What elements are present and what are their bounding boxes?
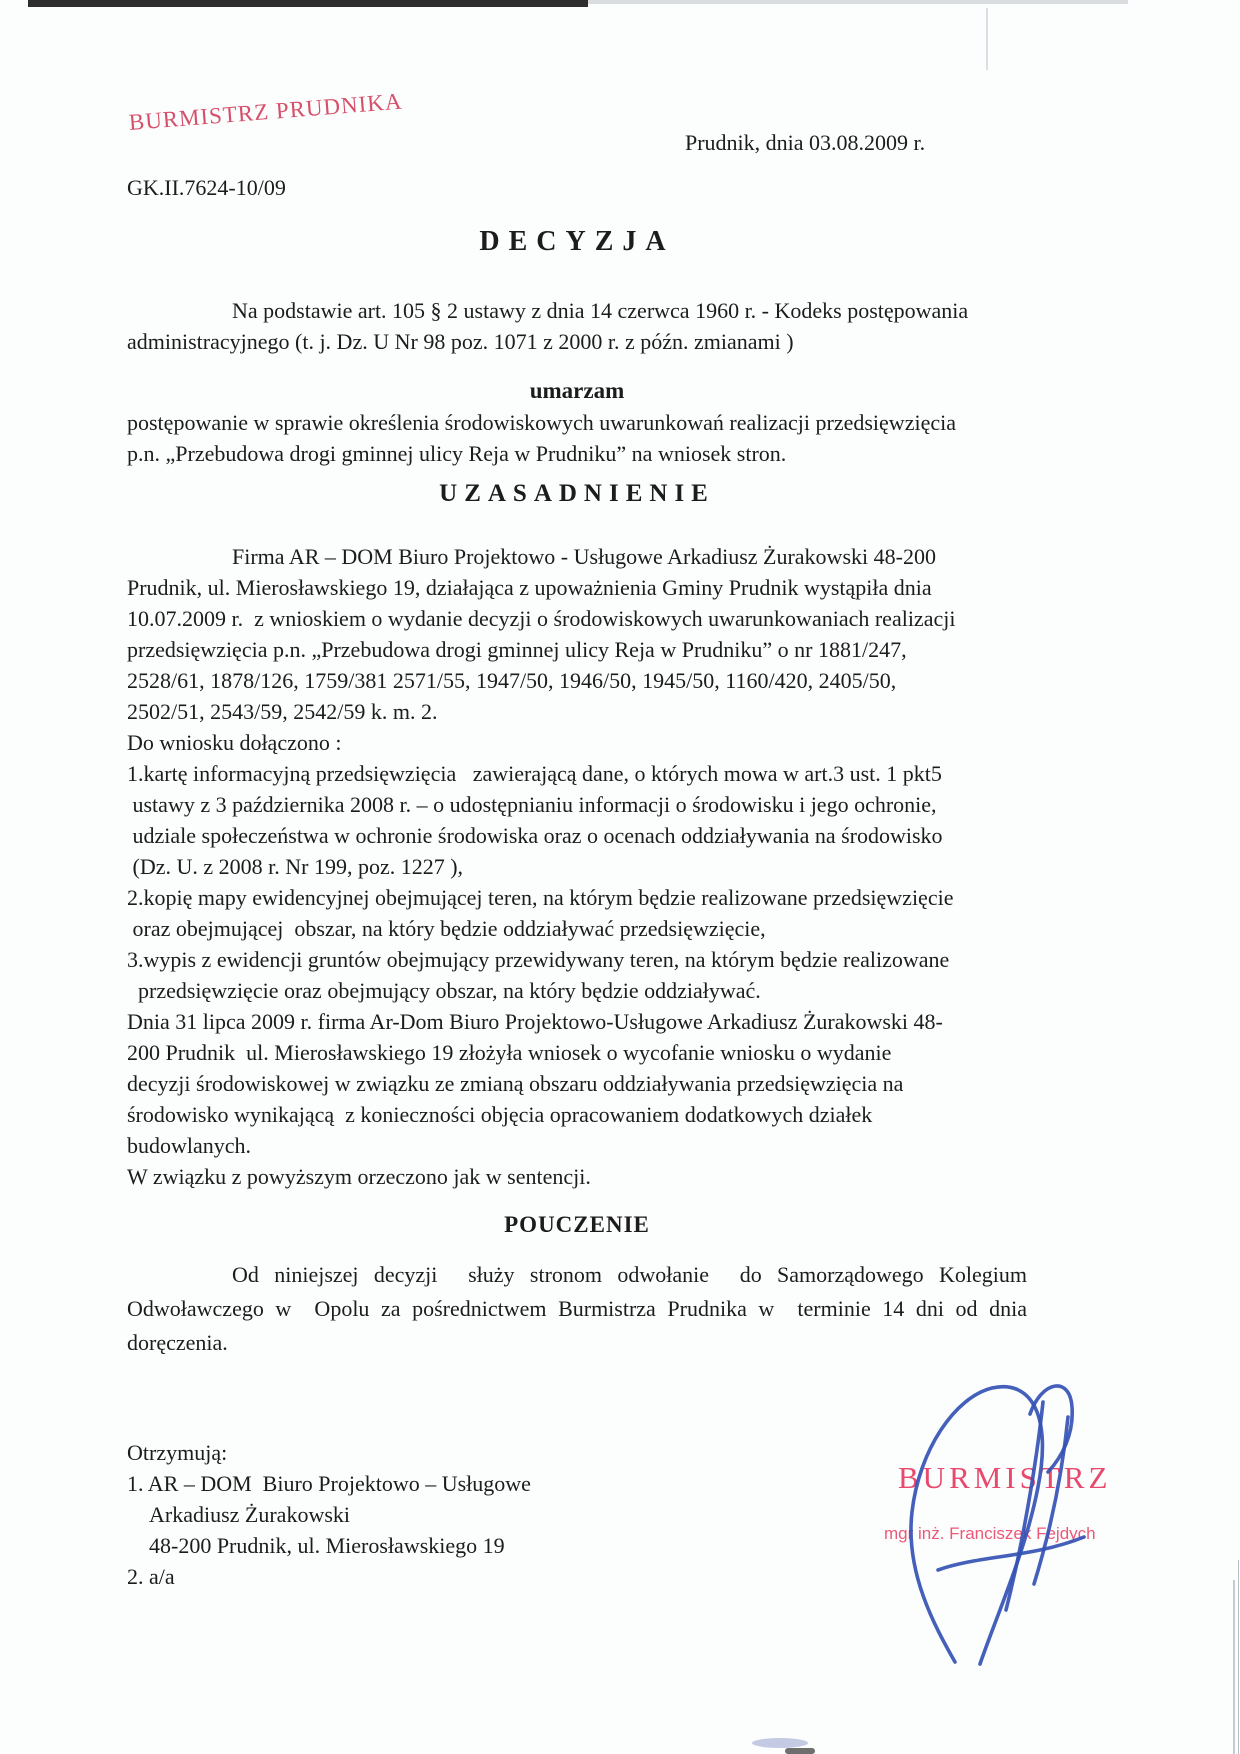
advice-line: doręczenia. bbox=[127, 1326, 1027, 1360]
justification-line: 1.kartę informacyjną przedsięwzięcia zaw… bbox=[127, 758, 1027, 789]
justification-line: 200 Prudnik ul. Mierosławskiego 19 złoży… bbox=[127, 1037, 1027, 1068]
date-line: Prudnik, dnia 03.08.2009 r. bbox=[685, 130, 925, 156]
justification-line: 2502/51, 2543/59, 2542/59 k. m. 2. bbox=[127, 696, 1027, 727]
justification-line: Firma AR – DOM Biuro Projektowo - Usługo… bbox=[127, 541, 1027, 572]
justification-line: Prudnik, ul. Mierosławskiego 19, działaj… bbox=[127, 572, 1027, 603]
justification-line: 2.kopię mapy ewidencyjnej obejmującej te… bbox=[127, 882, 1027, 913]
justification-line: ustawy z 3 października 2008 r. – o udos… bbox=[127, 789, 1027, 820]
justification-line: Do wniosku dołączono : bbox=[127, 727, 1027, 758]
justification-line: Dnia 31 lipca 2009 r. firma Ar-Dom Biuro… bbox=[127, 1006, 1027, 1037]
scan-artifact-page-edge bbox=[1233, 1580, 1235, 1754]
scan-artifact-vertical-line bbox=[986, 8, 988, 70]
justification-heading: UZASADNIENIE bbox=[127, 480, 1027, 508]
justification-line: środowisko wynikającą z konieczności obj… bbox=[127, 1099, 1027, 1130]
recipient-item: 2. a/a bbox=[127, 1561, 531, 1592]
signature-scribble bbox=[880, 1372, 1130, 1667]
advice-paragraph: Od niniejszej decyzji służy stronom odwo… bbox=[127, 1258, 1027, 1360]
scan-artifact-smudge-dark bbox=[785, 1748, 815, 1754]
scan-artifact-page-edge-2 bbox=[1238, 1560, 1239, 1754]
justification-line: 10.07.2009 r. z wnioskiem o wydanie decy… bbox=[127, 603, 1027, 634]
sender-office-stamp: BURMISTRZ PRUDNIKA bbox=[128, 89, 403, 136]
recipient-item: Arkadiusz Żurakowski bbox=[127, 1499, 531, 1530]
decision-title: DECYZJA bbox=[127, 226, 1027, 258]
verdict-line: p.n. „Przebudowa drogi gminnej ulicy Rej… bbox=[127, 438, 1027, 469]
justification-line: przedsięwzięcie oraz obejmujący obszar, … bbox=[127, 975, 1027, 1006]
scan-artifact-top-bar-light bbox=[588, 0, 1128, 4]
justification-line: decyzji środowiskowej w związku ze zmian… bbox=[127, 1068, 1027, 1099]
verdict-line: postępowanie w sprawie określenia środow… bbox=[127, 407, 1027, 438]
advice-heading: POUCZENIE bbox=[127, 1212, 1027, 1238]
reference-number: GK.II.7624-10/09 bbox=[127, 175, 286, 201]
justification-line: 2528/61, 1878/126, 1759/381 2571/55, 194… bbox=[127, 665, 1027, 696]
verdict-word: umarzam bbox=[127, 378, 1027, 404]
justification-line: przedsięwzięcia p.n. „Przebudowa drogi g… bbox=[127, 634, 1027, 665]
justification-line: budowlanych. bbox=[127, 1130, 1027, 1161]
advice-line: Odwoławczego w Opolu za pośrednictwem Bu… bbox=[127, 1292, 1027, 1326]
justification-line: W związku z powyższym orzeczono jak w se… bbox=[127, 1161, 1027, 1192]
justification-line: (Dz. U. z 2008 r. Nr 199, poz. 1227 ), bbox=[127, 851, 1027, 882]
justification-line: 3.wypis z ewidencji gruntów obejmujący p… bbox=[127, 944, 1027, 975]
scan-artifact-smudge bbox=[752, 1738, 808, 1748]
justification-body: Firma AR – DOM Biuro Projektowo - Usługo… bbox=[127, 541, 1027, 1192]
recipients-label: Otrzymują: bbox=[127, 1437, 531, 1468]
recipients-block: Otrzymują: 1. AR – DOM Biuro Projektowo … bbox=[127, 1437, 531, 1592]
legal-basis-line: administracyjnego (t. j. Dz. U Nr 98 poz… bbox=[127, 326, 1027, 357]
verdict-paragraph: postępowanie w sprawie określenia środow… bbox=[127, 407, 1027, 469]
recipient-item: 48-200 Prudnik, ul. Mierosławskiego 19 bbox=[127, 1530, 531, 1561]
scanned-decision-document: BURMISTRZ PRUDNIKA Prudnik, dnia 03.08.2… bbox=[0, 0, 1240, 1754]
advice-line: Od niniejszej decyzji służy stronom odwo… bbox=[127, 1258, 1027, 1292]
justification-line: udziale społeczeństwa w ochronie środowi… bbox=[127, 820, 1027, 851]
recipient-item: 1. AR – DOM Biuro Projektowo – Usługowe bbox=[127, 1468, 531, 1499]
legal-basis-paragraph: Na podstawie art. 105 § 2 ustawy z dnia … bbox=[127, 295, 1027, 357]
scan-artifact-top-bar bbox=[28, 0, 588, 7]
justification-line: oraz obejmującej obszar, na który będzie… bbox=[127, 913, 1027, 944]
legal-basis-line: Na podstawie art. 105 § 2 ustawy z dnia … bbox=[127, 295, 1027, 326]
